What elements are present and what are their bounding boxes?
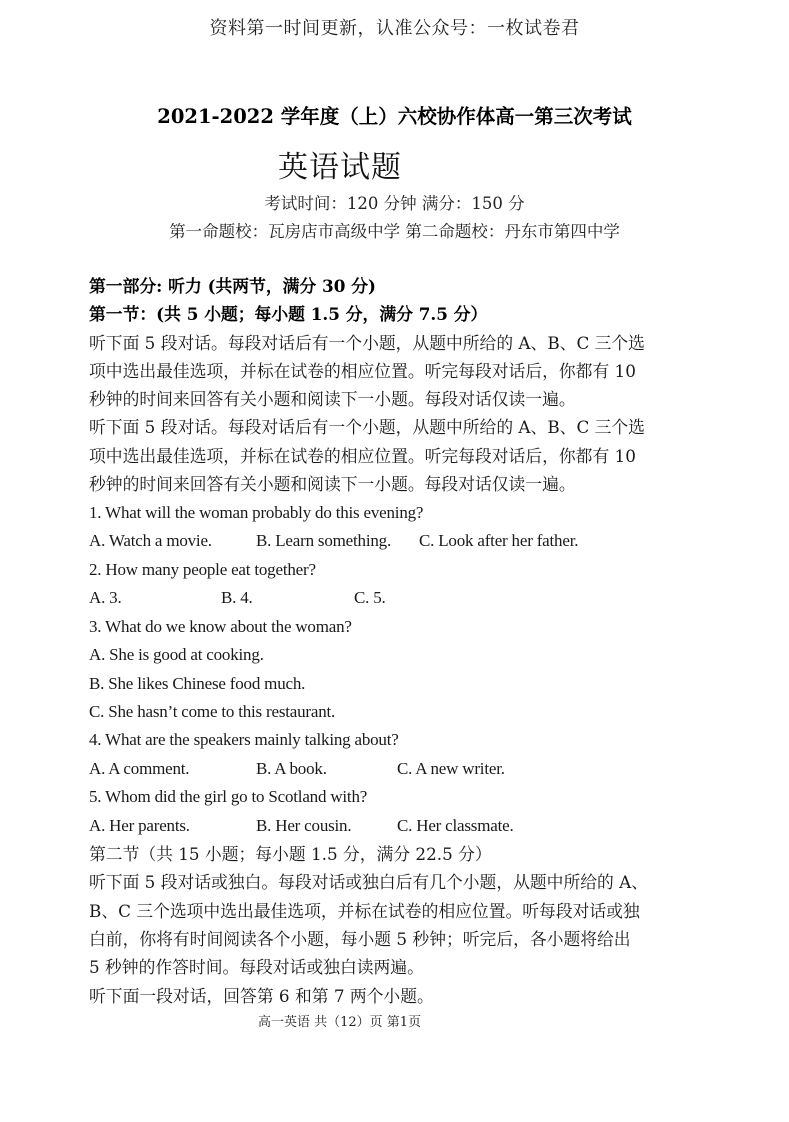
option-a: A. She is good at cooking. [89, 641, 264, 669]
section1-heading: 第一节：(共 5 小题；每小题 1.5 分，满分 7.5 分） [89, 300, 487, 328]
instruction-line: 秒钟的时间来回答有关小题和阅读下一小题。每段对话仅读一遍。 [89, 385, 576, 413]
instruction-line: B、C 三个选项中选出最佳选项，并标在试卷的相应位置。听每段对话或独 [89, 897, 640, 925]
question-stem: 1. What will the woman probably do this … [89, 499, 423, 527]
instruction-line: 白前，你将有时间阅读各个小题，每小题 5 秒钟；听完后，各小题将给出 [89, 925, 631, 953]
option-b: B. Learn something. [256, 527, 391, 555]
watermark-text: 资料第一时间更新，认准公众号：一枚试卷君 [0, 14, 789, 40]
option-c: C. She hasn’t come to this restaurant. [89, 698, 335, 726]
option-b: B. She likes Chinese food much. [89, 670, 305, 698]
option-b: B. A book. [256, 755, 327, 783]
option-c: C. Look after her father. [419, 527, 578, 555]
question-options: A. Her parents. B. Her cousin. C. Her cl… [89, 812, 709, 840]
question-options: A. A comment. B. A book. C. A new writer… [89, 755, 709, 783]
instruction-line: 听下面 5 段对话或独白。每段对话或独白后有几个小题，从题中所给的 A、 [89, 868, 648, 896]
option-a: A. A comment. [89, 755, 189, 783]
option-c: C. 5. [354, 584, 386, 612]
subject-title: 英语试题 [278, 142, 402, 186]
exam-info: 考试时间：120 分钟 满分：150 分 [0, 190, 789, 214]
option-c: C. Her classmate. [397, 812, 514, 840]
option-c: C. A new writer. [397, 755, 505, 783]
instruction-line: 秒钟的时间来回答有关小题和阅读下一小题。每段对话仅读一遍。 [89, 470, 576, 498]
question-options: A. 3. B. 4. C. 5. [89, 584, 709, 612]
question-stem: 4. What are the speakers mainly talking … [89, 726, 399, 754]
dialogue-prompt: 听下面一段对话，回答第 6 和第 7 两个小题。 [89, 982, 434, 1010]
instruction-line: 听下面 5 段对话。每段对话后有一个小题，从题中所给的 A、B、C 三个选 [89, 329, 645, 357]
instruction-line: 项中选出最佳选项，并标在试卷的相应位置。听完每段对话后，你都有 10 [89, 442, 636, 470]
instruction-line: 5 秒钟的作答时间。每段对话或独白读两遍。 [89, 953, 424, 981]
option-b: B. Her cousin. [256, 812, 351, 840]
instruction-line: 项中选出最佳选项，并标在试卷的相应位置。听完每段对话后，你都有 10 [89, 357, 636, 385]
instruction-line: 听下面 5 段对话。每段对话后有一个小题，从题中所给的 A、B、C 三个选 [89, 413, 645, 441]
part1-heading: 第一部分: 听力 (共两节，满分 30 分) [89, 272, 376, 300]
question-options: A. Watch a movie. B. Learn something. C.… [89, 527, 709, 555]
option-a: A. Her parents. [89, 812, 190, 840]
section2-heading: 第二节（共 15 小题；每小题 1.5 分，满分 22.5 分） [89, 840, 492, 868]
option-b: B. 4. [221, 584, 253, 612]
page-footer: 高一英语 共（12）页 第1页 [258, 1011, 421, 1030]
option-a: A. Watch a movie. [89, 527, 212, 555]
question-stem: 3. What do we know about the woman? [89, 613, 352, 641]
question-stem: 5. Whom did the girl go to Scotland with… [89, 783, 367, 811]
question-stem: 2. How many people eat together? [89, 556, 316, 584]
option-a: A. 3. [89, 584, 122, 612]
exam-title: 2021-2022 学年度（上）六校协作体高一第三次考试 [0, 101, 789, 129]
setting-schools: 第一命题校：瓦房店市高级中学 第二命题校：丹东市第四中学 [0, 218, 789, 242]
